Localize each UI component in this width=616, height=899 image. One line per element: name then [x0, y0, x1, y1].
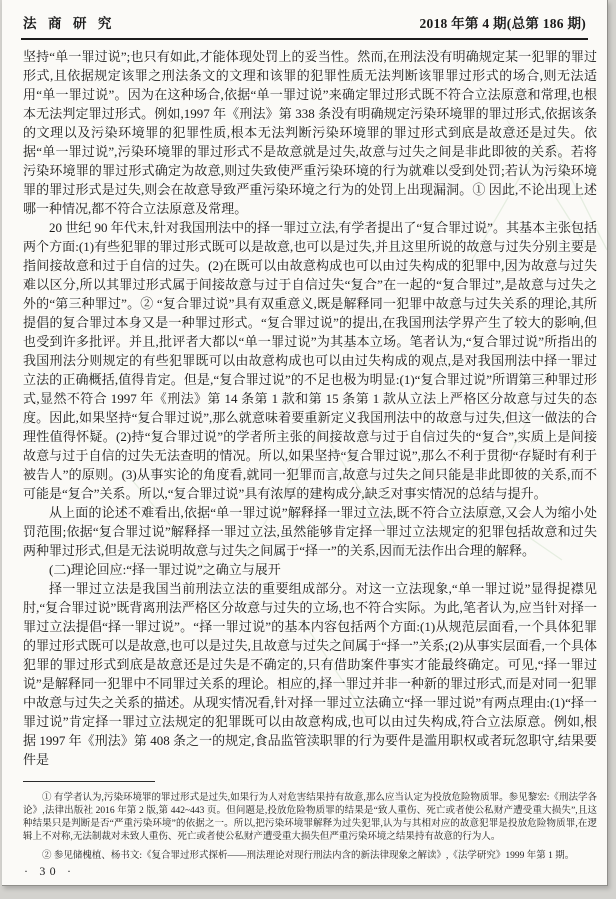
footnote-area: ① 有学者认为,污染环境罪的罪过形式是过失,如果行为人对危害结果持有故意,那么应…: [23, 781, 597, 863]
article-body: 坚持“单一罪过说”;也只有如此,才能体现处罚上的妥当性。然而,在刑法没有明确规定…: [23, 47, 597, 769]
body-paragraph: 择一罪过立法是我国当前刑法立法的重要组成部分。对这一立法现象,“单一罪过说”显得…: [23, 579, 597, 769]
footnote-1: ① 有学者认为,污染环境罪的罪过形式是过失,如果行为人对危害结果持有故意,那么应…: [23, 792, 597, 844]
page-number: · 30 ·: [24, 864, 75, 879]
page-header: 法商研究 2018 年第 4 期(总第 186 期): [2, 0, 607, 32]
footnote-2: ② 参见储槐植、杨书文:《复合罪过形式探析——刑法理论对现行刑法内含的新法律现象…: [23, 850, 597, 863]
header-divider: [21, 38, 588, 40]
section-heading: (二)理论回应:“择一罪过说”之确立与展开: [23, 560, 597, 579]
page-sheet: 法商研究 2018 年第 4 期(总第 186 期) 坚持“单一罪过说”;也只有…: [2, 0, 608, 886]
body-paragraph: 20 世纪 90 年代末,针对我国刑法中的择一罪过立法,有学者提出了“复合罪过说…: [23, 218, 597, 503]
journal-title: 法商研究: [23, 12, 123, 32]
footnote-separator: [23, 781, 155, 782]
issue-info: 2018 年第 4 期(总第 186 期): [419, 12, 586, 32]
body-paragraph: 坚持“单一罪过说”;也只有如此,才能体现处罚上的妥当性。然而,在刑法没有明确规定…: [23, 47, 597, 218]
scanned-journal-page: 法商研究 2018 年第 4 期(总第 186 期) 坚持“单一罪过说”;也只有…: [0, 0, 616, 899]
body-paragraph: 从上面的论述不难看出,依据“单一罪过说”解释择一罪过立法,既不符合立法原意,又会…: [23, 503, 597, 560]
